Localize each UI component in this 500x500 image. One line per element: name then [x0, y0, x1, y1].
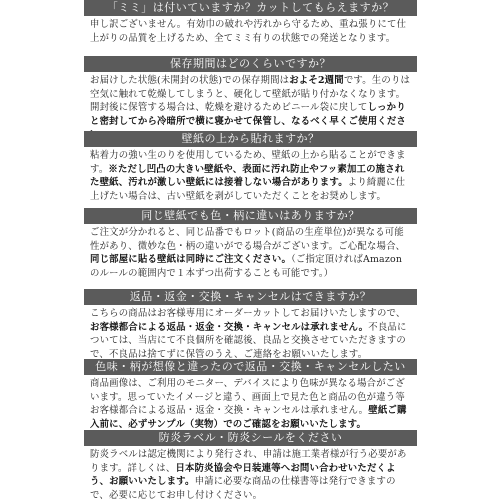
answer-segment: ご注文が分かれると、同じ品番でもロット(商品の生産単位)が異なる可能性があり、微…	[90, 227, 405, 252]
faq-answer: 申し訳ございません。有効巾の破れや汚れから守るため、重ね張りにて仕上がりの品質を…	[84, 16, 417, 45]
answer-segment-emphasis: お客様都合による返品・返金・交換・キャンセルは承れません。	[90, 322, 368, 333]
faq-question-header: 色味・柄が想像と違ったので返品・交換・キャンセルしたい	[84, 359, 417, 375]
answer-segment: 商品画像は、ご利用のモニター、デバイスにより色味が異なる場合がございます。思って…	[90, 378, 405, 416]
faq-question-header: 壁紙の上から貼れますか？	[84, 131, 417, 147]
faq-answer: こちらの商品はお客様専用にオーダーカットしてお届けいたしますので、お客様都合によ…	[84, 305, 417, 361]
answer-segment: お届けした状態(未開封の状態)での保存期間は	[90, 75, 289, 86]
answer-segment: 申し訳ございません。有効巾の破れや汚れから守るため、重ね張りにて仕上がりの品質を…	[90, 19, 406, 44]
answer-segment-emphasis: およそ2週間	[289, 75, 344, 86]
faq-question-header: 同じ壁紙でも色・柄に違いはありますか？	[84, 208, 417, 224]
faq-section-returns: 返品・返金・交換・キャンセルはできますか？ こちらの商品はお客様専用にオーダーカ…	[84, 289, 417, 361]
answer-segment-emphasis: 同じ部屋に貼る壁紙は同時にご注文ください。	[90, 254, 291, 265]
faq-question-header: 保存期間はどのくらいですか？	[84, 56, 417, 72]
faq-question-header: 「ミミ」は付いていますか？カットしてもらえますか？	[84, 0, 417, 16]
faq-question-header: 返品・返金・交換・キャンセルはできますか？	[84, 289, 417, 305]
faq-answer: ご注文が分かれると、同じ品番でもロット(商品の生産単位)が異なる可能性があり、微…	[84, 224, 417, 280]
faq-section-fire-label: 防炎ラベル・防炎シールをください 防炎ラベルは認定機関により発行され、申請は施工…	[84, 430, 417, 500]
faq-answer: 防炎ラベルは認定機関により発行され、申請は施工業者様が行う必要があります。詳しく…	[84, 446, 417, 500]
faq-section-selvage: 「ミミ」は付いていますか？カットしてもらえますか？ 申し訳ございません。有効巾の…	[84, 0, 417, 45]
faq-section-over-wallpaper: 壁紙の上から貼れますか？ 粘着力の強い生のりを使用しているため、壁紙の上から貼る…	[84, 131, 417, 203]
faq-section-storage-period: 保存期間はどのくらいですか？ お届けした状態(未開封の状態)での保存期間はおよそ…	[84, 56, 417, 142]
faq-section-color-mismatch: 色味・柄が想像と違ったので返品・交換・キャンセルしたい 商品画像は、ご利用のモニ…	[84, 359, 417, 431]
faq-question-header: 防炎ラベル・防炎シールをください	[84, 430, 417, 446]
faq-section-color-lot: 同じ壁紙でも色・柄に違いはありますか？ ご注文が分かれると、同じ品番でもロット(…	[84, 208, 417, 280]
faq-answer: 粘着力の強い生のりを使用しているため、壁紙の上から貼ることができます。※ただし凹…	[84, 147, 417, 203]
answer-segment: こちらの商品はお客様専用にオーダーカットしてお届けいたしますので、	[90, 308, 406, 319]
faq-answer: 商品画像は、ご利用のモニター、デバイスにより色味が異なる場合がございます。思って…	[84, 375, 417, 431]
